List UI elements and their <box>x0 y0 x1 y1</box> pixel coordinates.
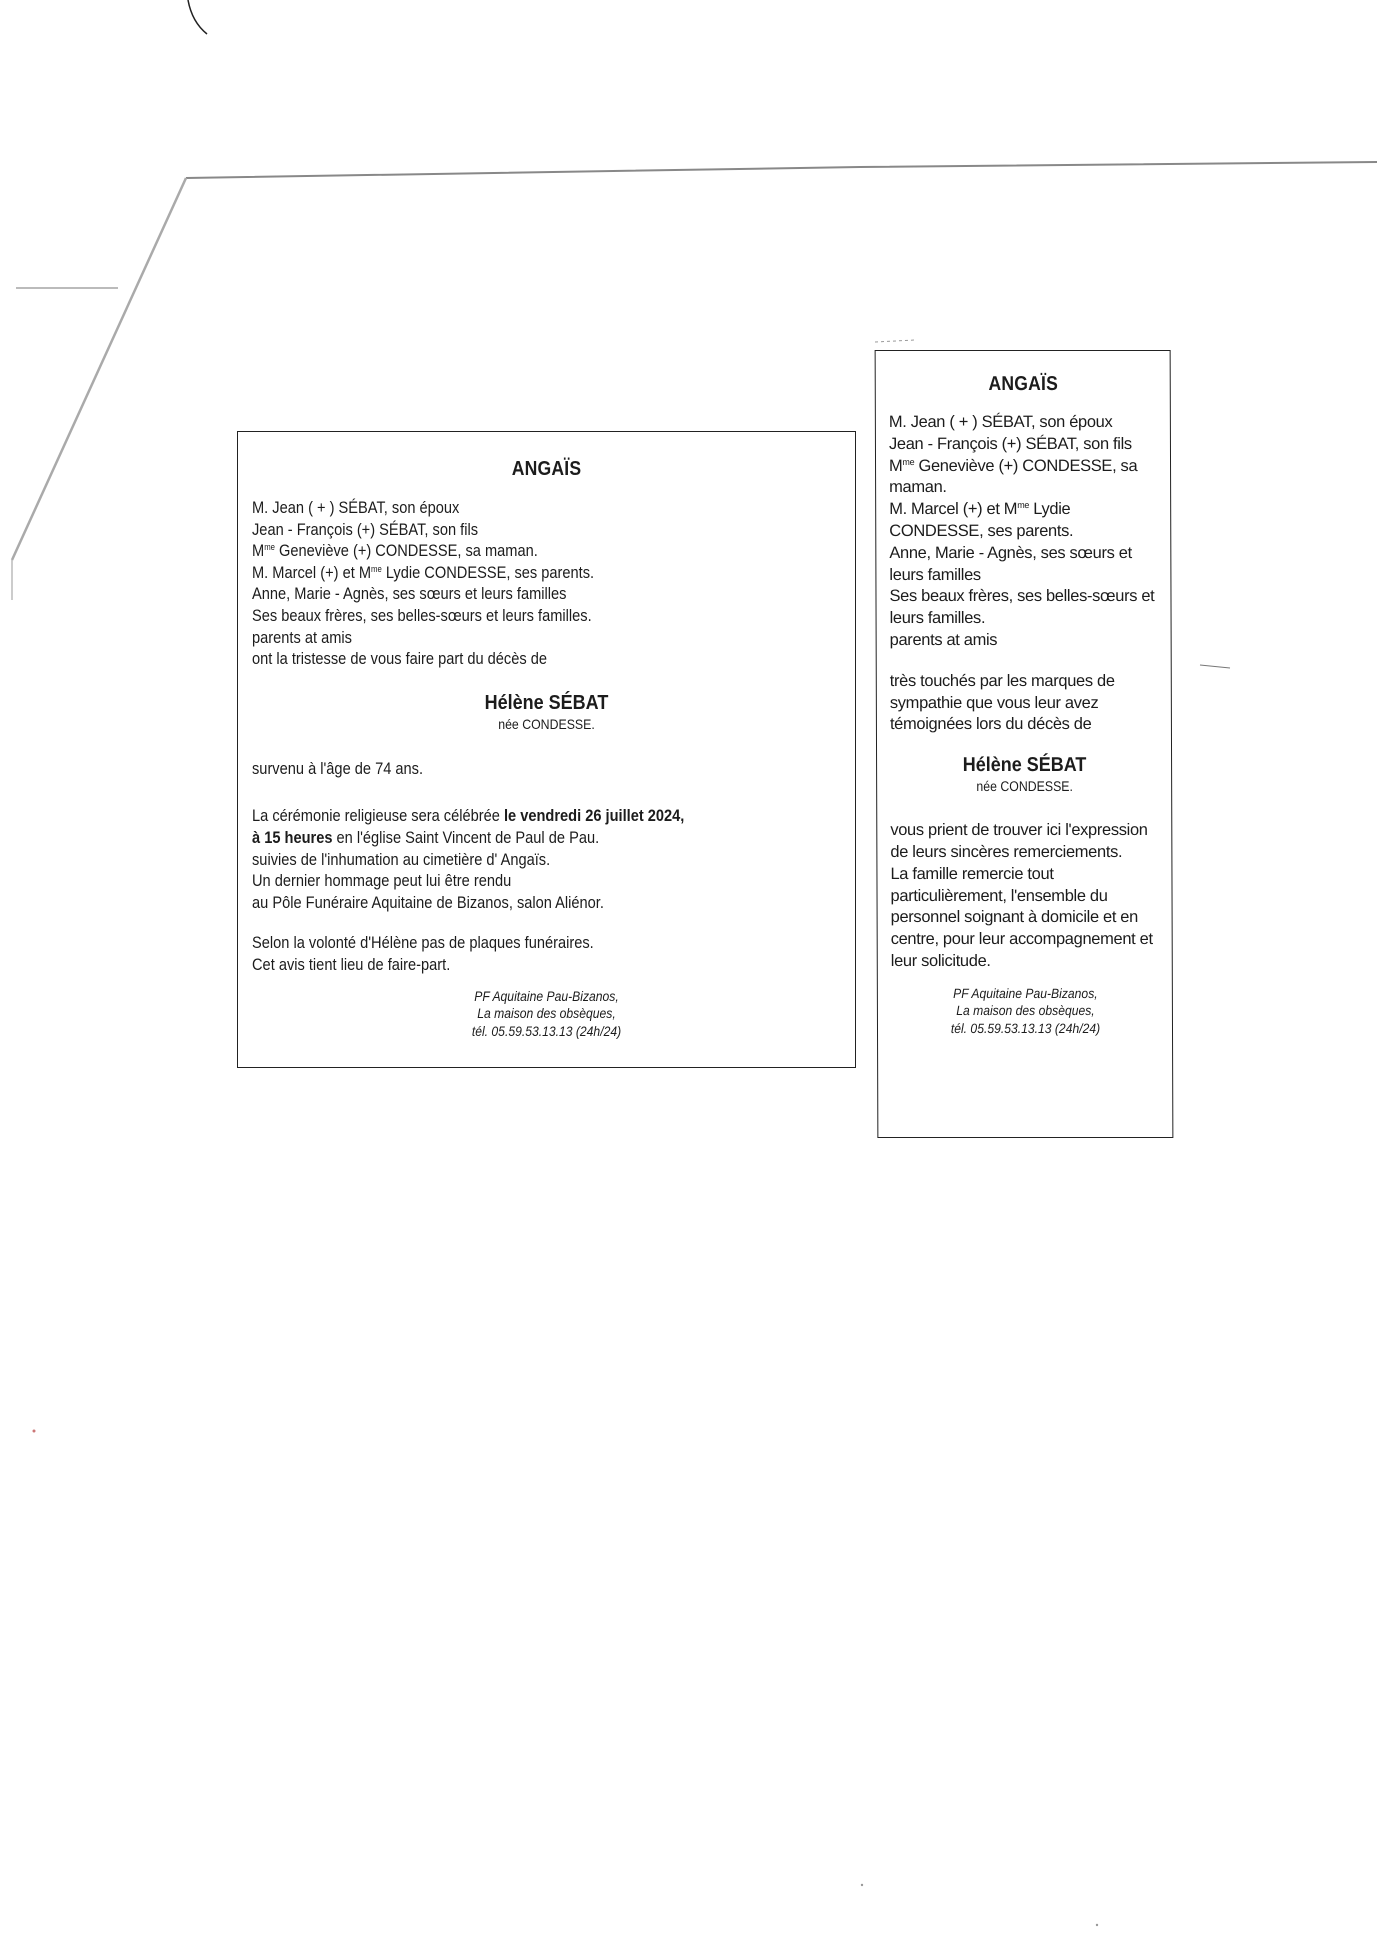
family-member-line: M. Jean ( + ) SÉBAT, son époux <box>252 497 759 519</box>
deceased-block: Hélène SÉBAT née CONDESSE. <box>252 692 841 732</box>
closing-remarks: Selon la volonté d'Hélène pas de plaques… <box>252 932 841 975</box>
funeral-home-signature: PF Aquitaine Pau-Bizanos, La maison des … <box>904 985 1146 1038</box>
family-member-line: ont la tristesse de vous faire part du d… <box>252 648 759 670</box>
family-member-line: Ses beaux frères, ses belles-sœurs et le… <box>889 586 1158 630</box>
family-member-line: Mme Geneviève (+) CONDESSE, sa maman. <box>252 540 759 562</box>
notice-title: ANGAÏS <box>905 373 1142 396</box>
ceremony-location: en l'église Saint Vincent de Paul de Pau… <box>332 828 599 847</box>
family-member-line: Anne, Marie - Agnès, ses sœurs et leurs … <box>252 583 759 605</box>
family-list: M. Jean ( + ) SÉBAT, son épouxJean - Fra… <box>252 497 841 670</box>
ceremony-time: à 15 heures <box>252 828 332 847</box>
funeral-home-phone: tél. 05.59.53.13.13 (24h/24) <box>281 1023 811 1041</box>
maiden-name: née CONDESSE. <box>287 716 805 732</box>
ceremony-details: La cérémonie religieuse sera célébrée le… <box>252 805 841 913</box>
special-thanks: La famille remercie tout particulièremen… <box>890 864 1159 973</box>
age-line: survenu à l'âge de 74 ans. <box>252 758 759 780</box>
notice-title: ANGAÏS <box>287 458 805 481</box>
family-list: M. Jean ( + ) SÉBAT, son épouxJean - Fra… <box>889 412 1159 652</box>
deceased-name: Hélène SÉBAT <box>281 692 811 715</box>
family-member-line: Anne, Marie - Agnès, ses sœurs et leurs … <box>889 543 1158 587</box>
family-member-line: Mme Geneviève (+) CONDESSE, sa maman. <box>889 456 1158 500</box>
family-member-line: Ses beaux frères, ses belles-sœurs et le… <box>252 605 759 627</box>
death-notice: ANGAÏS M. Jean ( + ) SÉBAT, son épouxJea… <box>237 431 856 1068</box>
funeral-home-phone: tél. 05.59.53.13.13 (24h/24) <box>904 1020 1146 1038</box>
family-member-line: parents at amis <box>252 627 759 649</box>
family-member-line: M. Marcel (+) et Mme Lydie CONDESSE, ses… <box>889 499 1158 543</box>
maiden-name: née CONDESSE. <box>906 778 1143 794</box>
thank-you-notice: ANGAÏS M. Jean ( + ) SÉBAT, son épouxJea… <box>875 350 1174 1138</box>
deceased-name: Hélène SÉBAT <box>903 754 1145 777</box>
thanks-body: vous prient de trouver ici l'expression … <box>890 820 1159 864</box>
family-member-line: Jean - François (+) SÉBAT, son fils <box>252 519 759 541</box>
family-member-line: Jean - François (+) SÉBAT, son fils <box>889 434 1158 456</box>
family-member-line: parents at amis <box>890 630 1159 652</box>
funeral-home-signature: PF Aquitaine Pau-Bizanos, La maison des … <box>281 988 811 1041</box>
family-member-line: M. Marcel (+) et Mme Lydie CONDESSE, ses… <box>252 562 759 584</box>
family-member-line: M. Jean ( + ) SÉBAT, son époux <box>889 412 1158 434</box>
deceased-block: Hélène SÉBAT née CONDESSE. <box>890 754 1159 794</box>
thanks-intro: très touchés par les marques de sympathi… <box>890 671 1159 736</box>
ceremony-date: le vendredi 26 juillet 2024, <box>504 806 684 825</box>
